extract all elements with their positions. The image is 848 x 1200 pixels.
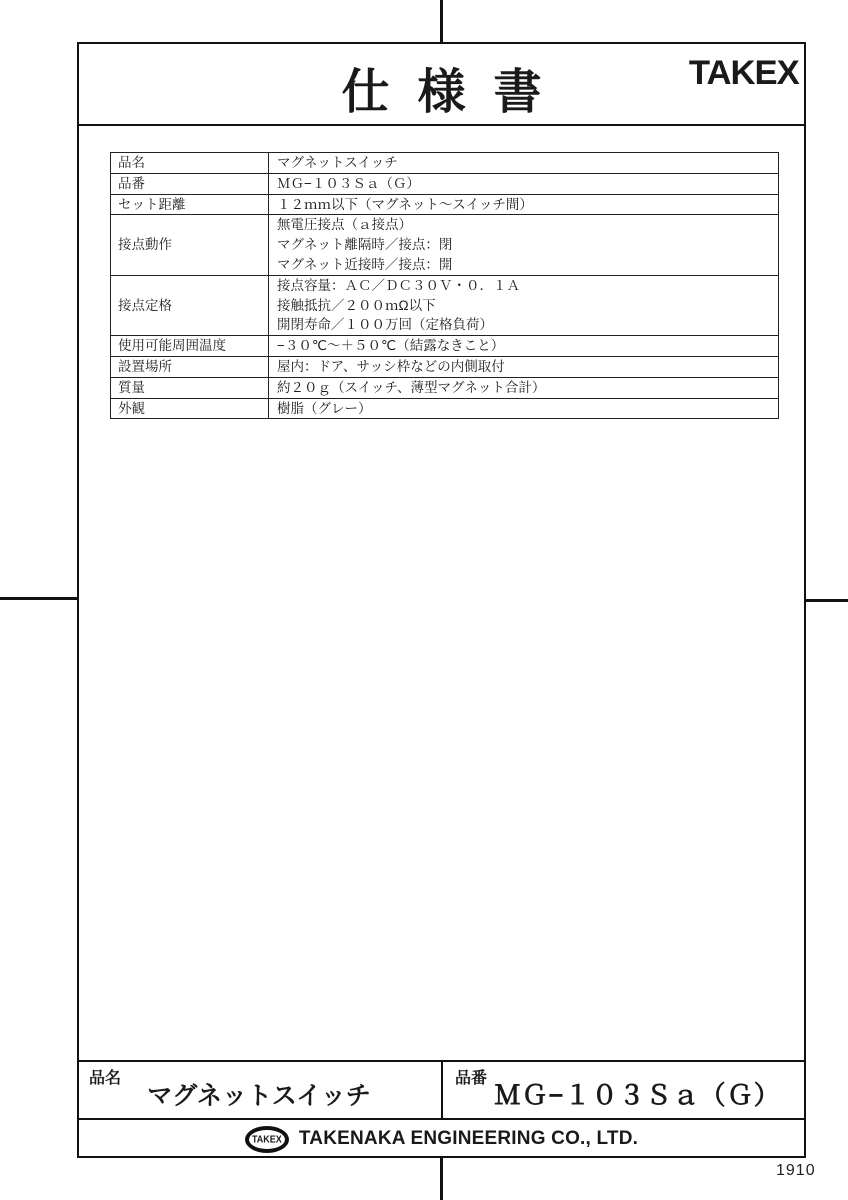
takex-oval-logo-text: TAKEX (252, 1134, 282, 1145)
spec-row-value: ＭＧ−１０３Ｓａ（Ｇ） (269, 173, 779, 194)
spec-row-value: 接点容量：ＡＣ／ＤＣ３０Ｖ・０．１Ａ接触抵抗／２００ｍΩ以下開閉寿命／１００万回… (269, 275, 779, 335)
spec-sheet-page: 仕様書 TAKEX 品名マグネットスイッチ品番ＭＧ−１０３Ｓａ（Ｇ）セット距離１… (0, 0, 848, 1200)
spec-value-line: 屋内：ドア、サッシ枠などの内側取付 (269, 357, 778, 377)
spec-row-value: 屋内：ドア、サッシ枠などの内側取付 (269, 356, 779, 377)
document-frame: 仕様書 TAKEX 品名マグネットスイッチ品番ＭＧ−１０３Ｓａ（Ｇ）セット距離１… (77, 42, 806, 1158)
registration-mark-left (0, 597, 78, 600)
spec-value-line: １２ｍｍ以下（マグネット～スイッチ間） (269, 195, 778, 215)
spec-value-line: マグネット離隔時／接点：閉 (269, 235, 778, 255)
spec-value-line: 無電圧接点（ａ接点） (269, 215, 778, 235)
spec-row-value: −３０℃～＋５０℃（結露なきこと） (269, 336, 779, 357)
registration-mark-top (440, 0, 443, 43)
spec-value-line: 接点容量：ＡＣ／ＤＣ３０Ｖ・０．１Ａ (269, 276, 778, 296)
spec-value-line: 約２０ｇ（スイッチ、薄型マグネット合計） (269, 378, 778, 398)
product-summary-row: 品名 マグネットスイッチ 品番 ＭＧ−１０３Ｓａ（Ｇ） (77, 1060, 806, 1120)
spec-row-label: 外観 (111, 398, 269, 419)
company-name: TAKENAKA ENGINEERING CO., LTD. (299, 1128, 638, 1150)
spec-row-value: 約２０ｇ（スイッチ、薄型マグネット合計） (269, 377, 779, 398)
spec-row-label: セット距離 (111, 194, 269, 215)
document-body: 品名マグネットスイッチ品番ＭＧ−１０３Ｓａ（Ｇ）セット距離１２ｍｍ以下（マグネッ… (79, 126, 804, 1062)
spec-row-value: １２ｍｍ以下（マグネット～スイッチ間） (269, 194, 779, 215)
spec-row-label: 接点動作 (111, 215, 269, 275)
spec-value-line: ＭＧ−１０３Ｓａ（Ｇ） (269, 174, 778, 194)
spec-table-body: 品名マグネットスイッチ品番ＭＧ−１０３Ｓａ（Ｇ）セット距離１２ｍｍ以下（マグネッ… (111, 153, 779, 419)
takex-oval-logo-icon: TAKEX (245, 1126, 289, 1153)
spec-row-label: 接点定格 (111, 275, 269, 335)
spec-table-row: 接点動作無電圧接点（ａ接点）マグネット離隔時／接点：閉マグネット近接時／接点：開 (111, 215, 779, 275)
spec-table-row: 使用可能周囲温度−３０℃～＋５０℃（結露なきこと） (111, 336, 779, 357)
product-name-cell: 品名 マグネットスイッチ (77, 1062, 443, 1118)
spec-value-line: 接触抵抗／２００ｍΩ以下 (269, 296, 778, 316)
spec-row-label: 設置場所 (111, 356, 269, 377)
spec-value-line: 開閉寿命／１００万回（定格負荷） (269, 315, 778, 335)
company-footer: TAKEX TAKENAKA ENGINEERING CO., LTD. (79, 1120, 804, 1158)
spec-row-value: 無電圧接点（ａ接点）マグネット離隔時／接点：閉マグネット近接時／接点：開 (269, 215, 779, 275)
spec-table-row: 品番ＭＧ−１０３Ｓａ（Ｇ） (111, 173, 779, 194)
spec-table-row: 設置場所屋内：ドア、サッシ枠などの内側取付 (111, 356, 779, 377)
spec-row-label: 品番 (111, 173, 269, 194)
spec-table-row: 接点定格接点容量：ＡＣ／ＤＣ３０Ｖ・０．１Ａ接触抵抗／２００ｍΩ以下開閉寿命／１… (111, 275, 779, 335)
spec-value-line: 樹脂（グレー） (269, 399, 778, 419)
product-number-value: ＭＧ−１０３Ｓａ（Ｇ） (443, 1075, 806, 1112)
spec-row-value: マグネットスイッチ (269, 153, 779, 174)
spec-row-label: 質量 (111, 377, 269, 398)
spec-table-row: セット距離１２ｍｍ以下（マグネット～スイッチ間） (111, 194, 779, 215)
registration-mark-right (804, 599, 848, 602)
spec-row-value: 樹脂（グレー） (269, 398, 779, 419)
page-number: 1910 (776, 1162, 816, 1180)
takex-logo: TAKEX (689, 54, 799, 93)
page-title: 仕様書 (341, 53, 569, 122)
registration-mark-bottom (440, 1157, 443, 1200)
spec-value-line: −３０℃～＋５０℃（結露なきこと） (269, 336, 778, 356)
spec-value-line: マグネットスイッチ (269, 153, 778, 173)
spec-table-row: 質量約２０ｇ（スイッチ、薄型マグネット合計） (111, 377, 779, 398)
spec-row-label: 品名 (111, 153, 269, 174)
document-header: 仕様書 TAKEX (79, 44, 804, 126)
product-name-value: マグネットスイッチ (77, 1076, 441, 1112)
spec-table-row: 品名マグネットスイッチ (111, 153, 779, 174)
spec-table: 品名マグネットスイッチ品番ＭＧ−１０３Ｓａ（Ｇ）セット距離１２ｍｍ以下（マグネッ… (110, 152, 779, 419)
spec-table-row: 外観樹脂（グレー） (111, 398, 779, 419)
spec-row-label: 使用可能周囲温度 (111, 336, 269, 357)
spec-value-line: マグネット近接時／接点：開 (269, 255, 778, 275)
product-number-cell: 品番 ＭＧ−１０３Ｓａ（Ｇ） (443, 1062, 806, 1118)
